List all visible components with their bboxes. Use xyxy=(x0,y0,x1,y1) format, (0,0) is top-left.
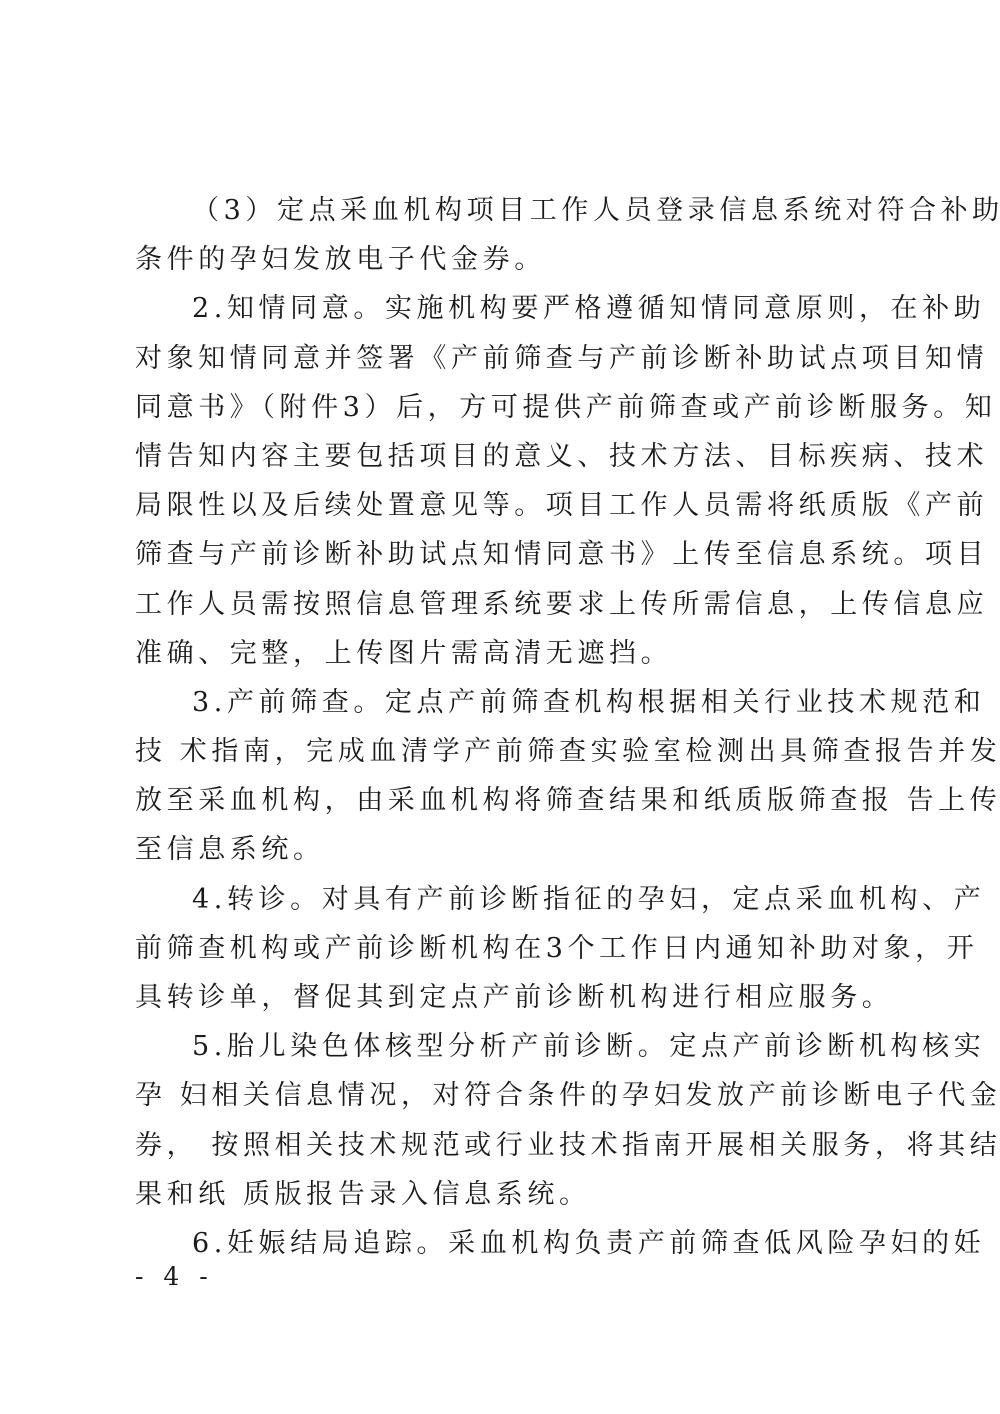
text-line: 筛查与产前诊断补助试点知情同意书》上传至信息系统。项目 xyxy=(135,530,867,579)
paragraph-referral: 4.转诊。对具有产前诊断指征的孕妇，定点采血机构、产 前筛查机构或产前诊断机构在… xyxy=(135,875,867,1023)
paragraph-prenatal-diagnosis: 5.胎儿染色体核型分析产前诊断。定点产前诊断机构核实 孕 妇相关信息情况，对符合… xyxy=(135,1022,867,1219)
text-line: 对象知情同意并签署《产前筛查与产前诊断补助试点项目知情 xyxy=(135,334,867,383)
text-line: 工作人员需按照信息管理系统要求上传所需信息，上传信息应 xyxy=(135,580,867,629)
text-line: 条件的孕妇发放电子代金券。 xyxy=(135,235,867,284)
text-line: 5.胎儿染色体核型分析产前诊断。定点产前诊断机构核实 xyxy=(135,1022,867,1071)
text-line: 2.知情同意。实施机构要严格遵循知情同意原则，在补助 xyxy=(135,284,867,333)
text-line: 同意书》（附件3）后，方可提供产前筛查或产前诊断服务。知 xyxy=(135,383,867,432)
text-line: 孕 妇相关信息情况，对符合条件的孕妇发放产前诊断电子代金 xyxy=(135,1071,867,1120)
text-line: 局限性以及后续处置意见等。项目工作人员需将纸质版《产前 xyxy=(135,481,867,530)
page-number: - 4 - xyxy=(135,1262,214,1292)
text-line: 技 术指南，完成血清学产前筛查实验室检测出具筛查报告并发 xyxy=(135,727,867,776)
text-line: 准确、完整，上传图片需高清无遮挡。 xyxy=(135,629,867,678)
paragraph-pregnancy-outcome: 6.妊娠结局追踪。采血机构负责产前筛查低风险孕妇的妊 xyxy=(135,1219,867,1268)
text-line: 果和纸 质版报告录入信息系统。 xyxy=(135,1170,867,1219)
document-body: （3）定点采血机构项目工作人员登录信息系统对符合补助 条件的孕妇发放电子代金券。… xyxy=(135,186,867,1268)
text-line: 放至采血机构，由采血机构将筛查结果和纸质版筛查报 告上传 xyxy=(135,776,867,825)
text-line: 情告知内容主要包括项目的意义、技术方法、目标疾病、技术 xyxy=(135,432,867,481)
paragraph-prenatal-screening: 3.产前筛查。定点产前筛查机构根据相关行业技术规范和 技 术指南，完成血清学产前… xyxy=(135,678,867,875)
text-line: 3.产前筛查。定点产前筛查机构根据相关行业技术规范和 xyxy=(135,678,867,727)
text-line: 4.转诊。对具有产前诊断指征的孕妇，定点采血机构、产 xyxy=(135,875,867,924)
text-line: 至信息系统。 xyxy=(135,825,867,874)
text-line: （3）定点采血机构项目工作人员登录信息系统对符合补助 xyxy=(135,186,867,235)
text-line: 前筛查机构或产前诊断机构在3个工作日内通知补助对象，开 xyxy=(135,924,867,973)
text-line: 券， 按照相关技术规范或行业技术指南开展相关服务，将其结 xyxy=(135,1121,867,1170)
document-page: （3）定点采血机构项目工作人员登录信息系统对符合补助 条件的孕妇发放电子代金券。… xyxy=(0,0,1000,1414)
text-line: 6.妊娠结局追踪。采血机构负责产前筛查低风险孕妇的妊 xyxy=(135,1219,867,1268)
paragraph-3-subitem: （3）定点采血机构项目工作人员登录信息系统对符合补助 条件的孕妇发放电子代金券。 xyxy=(135,186,867,284)
paragraph-informed-consent: 2.知情同意。实施机构要严格遵循知情同意原则，在补助 对象知情同意并签署《产前筛… xyxy=(135,284,867,678)
text-line: 具转诊单，督促其到定点产前诊断机构进行相应服务。 xyxy=(135,973,867,1022)
